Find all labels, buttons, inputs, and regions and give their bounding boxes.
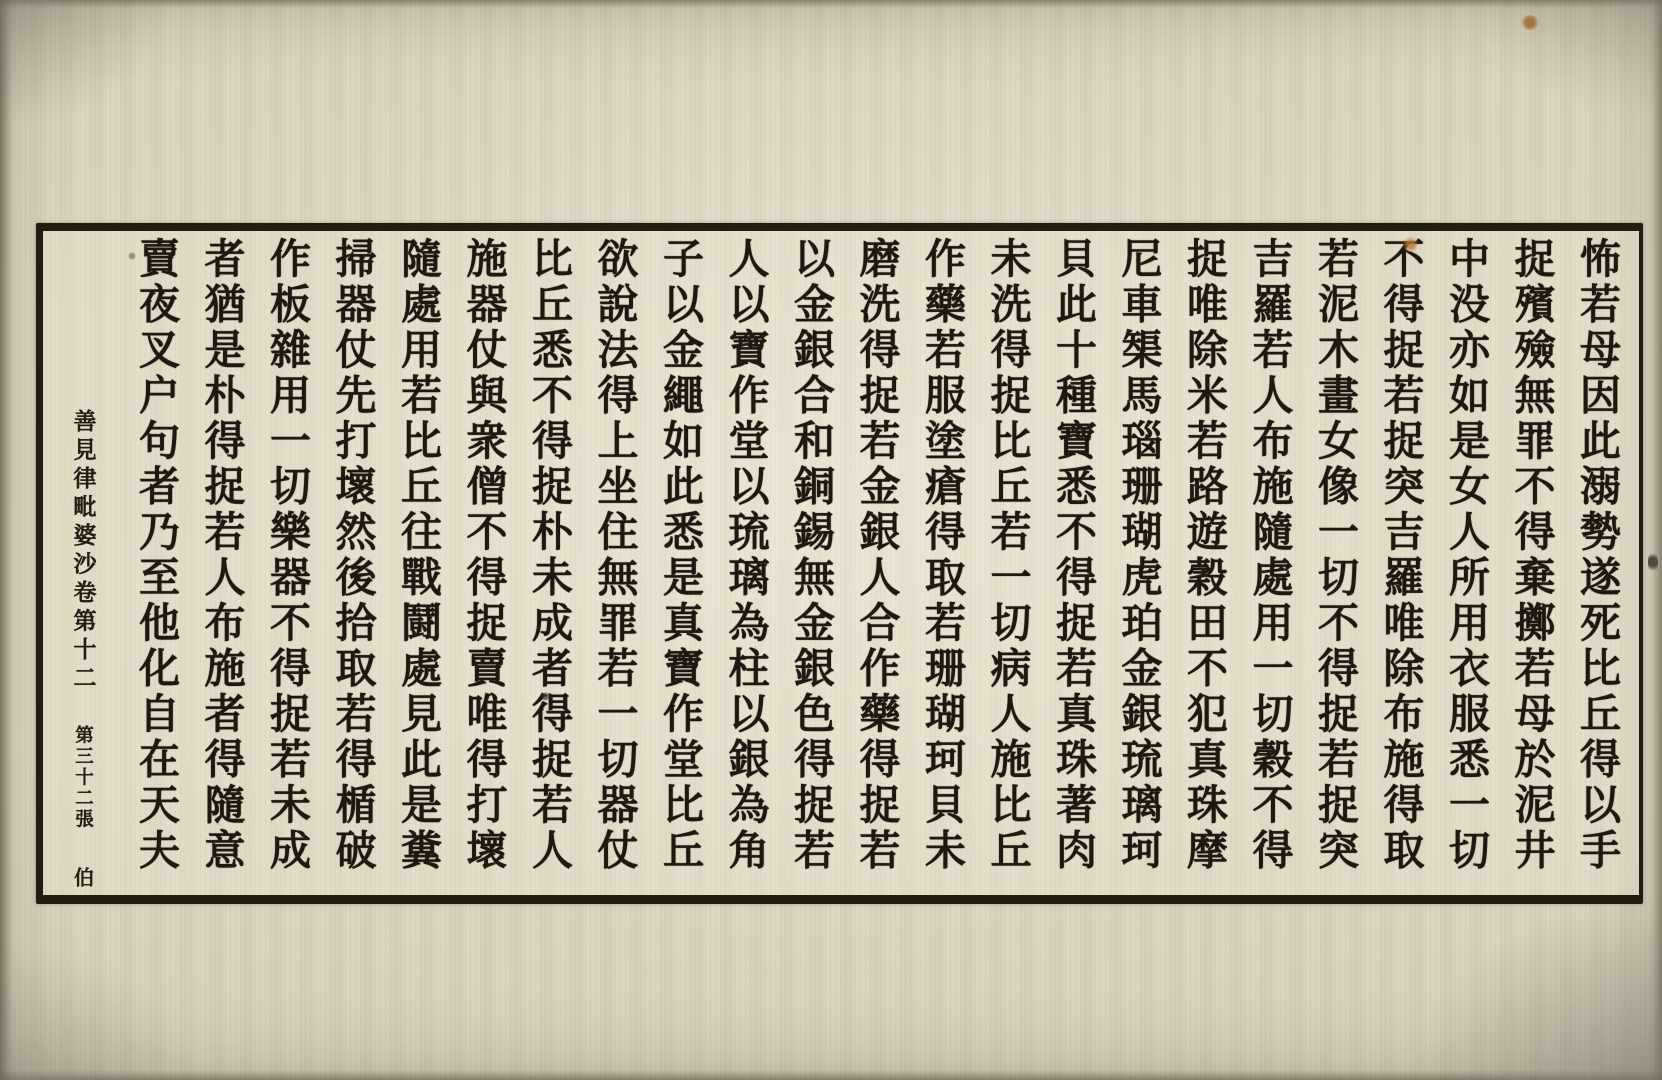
text-column-10: 未洗得捉比丘若一切病人施比丘: [974, 237, 1040, 889]
corner-smudge: [1402, 890, 1662, 1080]
text-column-16: 欲說法得上坐住無罪若一切器仗: [581, 237, 647, 889]
text-column-6: 吉羅若人布施隨處用一切穀不得: [1236, 237, 1302, 889]
text-column-1: 怖若母因此溺勢遂死比丘得以手: [1564, 237, 1630, 889]
text-column-2: 捉殯殮無罪不得棄擲若母於泥井: [1498, 237, 1564, 889]
text-column-11: 作藥若服塗瘡得取若珊瑚珂貝未: [909, 237, 975, 889]
text-column-22: 者猶是朴得捉若人布施者得隨意: [188, 237, 254, 889]
text-column-5: 若泥木畫女像一切不得捉若捉突: [1302, 237, 1368, 889]
corner-smudge: [0, 0, 170, 130]
sheet-number: 第三十二張: [73, 725, 94, 830]
text-column-23: 賣夜叉户句者乃至他化自在天夫: [123, 237, 189, 889]
text-column-20: 掃器仗先打壞然後拾取若得楯破: [319, 237, 385, 889]
text-column-19: 隨處用若比丘往戰鬪處見此是糞: [385, 237, 451, 889]
collator-mark: 伯: [71, 867, 95, 887]
corner-smudge: [0, 940, 200, 1080]
text-column-8: 尼車榘馬瑙珊瑚虎珀金銀琉璃珂: [1105, 237, 1171, 889]
text-column-14: 人以寶作堂以琉璃為柱以銀為角: [712, 237, 778, 889]
text-column-18: 施器仗與衆僧不得捉賣唯得打壞: [450, 237, 516, 889]
text-column-17: 比丘悉不得捉朴未成者得捉若人: [516, 237, 582, 889]
text-column-3: 中没亦如是女人所用衣服悉一切: [1433, 237, 1499, 889]
text-column-21: 作板雜用一切樂器不得捉若未成: [254, 237, 320, 889]
text-column-4: 不得捉若捉突吉羅唯除布施得取: [1367, 237, 1433, 889]
text-column-7: 捉唯除米若路遊穀田不犯真珠摩: [1171, 237, 1237, 889]
scanned-sutra-page: 怖若母因此溺勢遂死比丘得以手 捉殯殮無罪不得棄擲若母於泥井 中没亦如是女人所用衣…: [0, 0, 1662, 1080]
text-column-9: 貝此十種寶悉不得捉若真珠著肉: [1040, 237, 1106, 889]
text-column-13: 以金銀合和銅錫無金銀色得捉若: [778, 237, 844, 889]
text-column-12: 磨洗得捉若金銀人合作藥得捉若: [843, 237, 909, 889]
scroll-title: 善見律毗婆沙卷第十二: [70, 409, 97, 694]
corner-smudge: [1472, 0, 1662, 120]
printed-text-frame: 怖若母因此溺勢遂死比丘得以手 捉殯殮無罪不得棄擲若母於泥井 中没亦如是女人所用衣…: [36, 223, 1643, 904]
colophon-column: 善見律毗婆沙卷第十二 第三十二張 伯: [57, 237, 109, 889]
paper-edge-shadow: [0, 0, 12, 1080]
paper-edge-shadow: [0, 0, 1662, 8]
text-column-15: 子以金繩如此悉是真寶作堂比丘: [647, 237, 713, 889]
text-column-block: 怖若母因此溺勢遂死比丘得以手 捉殯殮無罪不得棄擲若母於泥井 中没亦如是女人所用衣…: [43, 231, 1639, 895]
